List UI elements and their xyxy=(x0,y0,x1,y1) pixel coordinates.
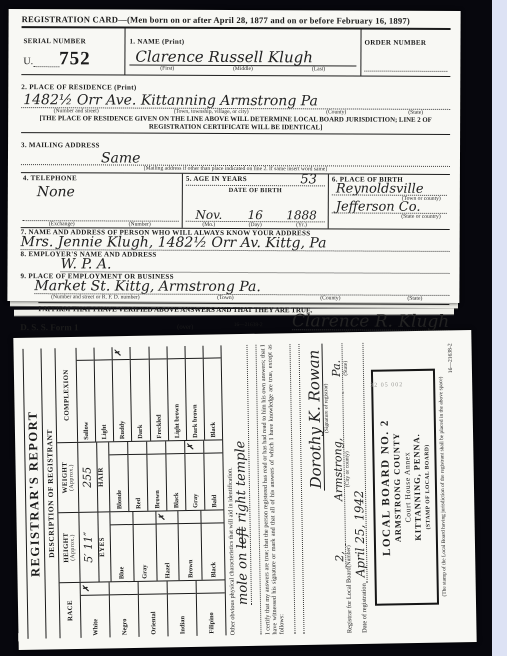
residence-row: 2. PLACE OF RESIDENCE (Print) 1482½ Orr … xyxy=(21,75,450,134)
complexion-sallow-mark xyxy=(76,348,93,361)
registrar-prefix: Registrar for Local Board xyxy=(345,567,353,633)
town-sublabel: (Town, township, village, or city) xyxy=(131,109,291,116)
complexion-sallow-label: Sallow xyxy=(82,361,90,442)
scan-margin-strip xyxy=(492,0,507,656)
date-of-registration-line: Date of registration April 25, 1942 xyxy=(351,343,368,633)
other-characteristics-struck-word: left xyxy=(235,527,250,549)
hair-bald-mark xyxy=(204,440,222,453)
complexion-row-dark: Dark xyxy=(131,347,151,441)
residence-label: 2. PLACE OF RESIDENCE (Print) xyxy=(21,83,136,92)
residence-handwriting: 1482½ Orr Ave. Kittanning Armstrong Pa xyxy=(23,94,450,109)
employment-sublabels: (Number and street or R. F. D. number) (… xyxy=(20,294,449,302)
hair-row-bald: Bald xyxy=(204,440,223,509)
town-sublabel: (Town) xyxy=(170,295,280,301)
eyes-blue-mark xyxy=(110,512,132,525)
employment-row: 9. PLACE OF EMPLOYMENT OR BUSINESS Marke… xyxy=(20,272,449,315)
race-row-negro: Negro xyxy=(110,582,140,637)
complexion-light-label: Light xyxy=(100,360,108,441)
mailing-row: 3. MAILING ADDRESS Same [Mailing address… xyxy=(21,132,450,174)
date-of-registration-label: Date of registration xyxy=(360,583,368,633)
telephone-cell: 4. TELEPHONE None (Exchange) (Number) xyxy=(21,173,183,228)
serial-prefix: U. xyxy=(23,56,33,67)
telephone-label: 4. TELEPHONE xyxy=(23,174,179,183)
serial-number-value: 752 xyxy=(59,51,91,67)
state-sublabel: (State) xyxy=(380,296,449,302)
last-sublabel: (Last) xyxy=(281,66,357,72)
eyes-row-hazel: Hazel ✗ xyxy=(156,511,180,580)
race-row-filipino: Filipino xyxy=(197,580,226,635)
description-table: RACE White ✗ Negro Oriental Indian xyxy=(55,345,226,638)
board-state-segment: Pa. (State) xyxy=(331,343,349,393)
stamp-side-digits: 32 05 002 xyxy=(370,382,403,390)
jurisdiction-note: [THE PLACE OF RESIDENCE GIVEN ON THE LIN… xyxy=(21,114,450,134)
complexion-row-light-brown: Light brown xyxy=(167,346,187,440)
birth-town-handwriting: Reynoldsville xyxy=(336,184,447,195)
complexion-column: COMPLEXION Sallow Light Ruddy ✗ Dark xyxy=(55,345,222,442)
board-city-segment: Armstrong, (City or county) xyxy=(332,393,352,545)
complexion-dark-label: Dark xyxy=(136,360,144,441)
stamp-side-digit-3: 002 xyxy=(391,382,403,388)
complexion-black-mark xyxy=(203,345,220,358)
hair-row-brown: Brown xyxy=(147,441,167,510)
eyes-row-black: Black xyxy=(202,510,225,579)
hair-brown-mark xyxy=(147,441,165,454)
eyes-gray-label: Gray xyxy=(141,525,149,581)
order-number-cell: ORDER NUMBER xyxy=(360,30,450,76)
serial-dots xyxy=(33,53,59,67)
weight-value-cell: 255 xyxy=(78,443,98,512)
eyes-row-gray: Gray xyxy=(133,512,157,581)
mailing-label: 3. MAILING ADDRESS xyxy=(21,141,100,149)
board-number-handwriting: 2, xyxy=(335,545,346,567)
number-street-rfd-sublabel: (Number and street or R. F. D. number) xyxy=(20,294,170,301)
date-of-registration-handwriting: April 25, 1942 xyxy=(351,343,367,583)
race-white-mark: ✗ xyxy=(81,582,109,595)
name-label: 1. NAME (Print) xyxy=(129,38,184,46)
complexion-row-light: Light xyxy=(95,347,115,441)
registration-card-front: REGISTRATION CARD—(Men born on or after … xyxy=(7,9,460,303)
race-column: RACE White ✗ Negro Oriental Indian xyxy=(60,579,226,638)
board-state-sublabel: (State) xyxy=(342,343,349,393)
complexion-light-brown-mark xyxy=(167,346,184,359)
eyes-black-mark xyxy=(202,510,224,523)
name-handwriting: Clarence Russell Klugh xyxy=(135,50,356,65)
order-number-blank xyxy=(364,50,447,72)
race-header: RACE xyxy=(60,583,82,638)
race-indian-label: Indian xyxy=(178,594,186,636)
eyes-blue-label: Blue xyxy=(118,525,126,581)
birth-state-handwriting: Jefferson Co. xyxy=(336,202,447,213)
dob-year: 1888 xyxy=(278,210,324,221)
other-characteristics-pre: mole on xyxy=(235,553,251,606)
race-row-indian: Indian xyxy=(168,581,198,636)
telephone-sublabels: (Exchange) (Number) xyxy=(23,220,179,228)
month-sublabel: (Mo.) xyxy=(186,222,232,228)
hair-black-label: Black xyxy=(172,454,180,510)
complexion-dark-brown-mark xyxy=(185,346,202,359)
complexion-light-mark xyxy=(95,347,112,360)
weight-approx-text: (Approx.) xyxy=(68,464,74,491)
eyes-hazel-label: Hazel xyxy=(164,524,172,580)
dob-sublabels: (Mo.) (Day) (Yr.) xyxy=(186,222,325,229)
race-row-white: White ✗ xyxy=(81,582,111,637)
age-handwriting: 53 xyxy=(300,175,317,185)
eyes-gray-mark xyxy=(133,512,155,525)
dob-month: Nov. xyxy=(186,210,232,221)
serial-number-label: SERIAL NUMBER xyxy=(23,37,85,45)
serial-number-cell: SERIAL NUMBER U. 752 xyxy=(21,28,125,74)
hair-gray-mark: ✗ xyxy=(185,441,203,454)
telephone-handwriting: None xyxy=(37,184,179,221)
complexion-freckled-mark xyxy=(149,346,166,359)
hair-gray-label: Gray xyxy=(191,454,199,510)
race-negro-label: Negro xyxy=(120,595,128,637)
hair-brown-label: Brown xyxy=(153,454,161,510)
county-sublabel: (County) xyxy=(291,109,381,115)
stamp-placement-note: (The stamp of the Local Board having jur… xyxy=(437,342,448,632)
hair-row-red: Red xyxy=(128,442,148,511)
serial-number-line: U. 752 xyxy=(23,51,121,67)
number-street-sublabel: (Number and street) xyxy=(21,108,131,114)
complexion-row-freckled: Freckled xyxy=(149,346,169,440)
year-sublabel: (Yr.) xyxy=(278,222,324,228)
hair-bald-label: Bald xyxy=(210,453,218,509)
day-sublabel: (Day) xyxy=(232,222,278,228)
eyes-hazel-mark: ✗ xyxy=(156,511,178,524)
complexion-dark-brown-label: Dark brown xyxy=(191,359,199,440)
age-cell: 5. AGE IN YEARS 53 DATE OF BIRTH Nov. 16… xyxy=(183,174,329,229)
hair-black-mark xyxy=(166,441,184,454)
board-number-segment: 2, (Number) xyxy=(335,545,352,567)
eyes-brown-mark xyxy=(179,511,201,524)
hair-blonde-label: Blonde xyxy=(115,455,123,511)
eyes-black-label: Black xyxy=(209,524,217,580)
stamp-caption: (STAMP OF LOCAL BOARD) xyxy=(423,375,433,599)
local-board-stamp: LOCAL BOARD NO. 2 ARMSTRONG COUNTY Court… xyxy=(371,369,439,606)
complexion-row-ruddy: Ruddy ✗ xyxy=(113,347,133,441)
state-sublabel: (State) xyxy=(381,110,450,116)
order-number-label: ORDER NUMBER xyxy=(364,39,426,47)
height-handwriting: 5′ 11″ xyxy=(82,532,96,563)
complexion-dark-mark xyxy=(131,347,148,360)
weight-handwriting: 255 xyxy=(81,467,94,488)
employer-row: 8. EMPLOYER'S NAME AND ADDRESS W. P. A. xyxy=(20,250,449,274)
registrant-signature-handwriting: Clarence R. Klugh xyxy=(292,314,449,330)
race-white-label: White xyxy=(91,596,99,638)
complexion-black-label: Black xyxy=(209,358,217,439)
contact-row: 7. NAME AND ADDRESS OF PERSON WHO WILL A… xyxy=(21,228,450,252)
race-oriental-label: Oriental xyxy=(149,595,157,637)
serial-name-order-row: SERIAL NUMBER U. 752 1. NAME (Print) Cla… xyxy=(21,28,450,77)
date-of-birth-handwriting: Nov. 16 1888 xyxy=(186,194,325,223)
age-line: 5. AGE IN YEARS 53 xyxy=(186,175,325,187)
complexion-ruddy-mark: ✗ xyxy=(113,347,130,360)
height-value-cell: 5′ 11″ xyxy=(79,513,99,582)
complexion-ruddy-label: Ruddy xyxy=(118,360,126,441)
birth-state-sublabel: (State or country) xyxy=(332,213,447,221)
eyes-brown-label: Brown xyxy=(186,524,194,580)
height-eyes-column: HEIGHT (Approx.) 5′ 11″ EYES Blue Gray xyxy=(58,509,224,582)
registrar-report-content: REGISTRAR'S REPORT DESCRIPTION OF REGIST… xyxy=(16,331,473,649)
hair-row-gray: Gray ✗ xyxy=(185,441,205,510)
registrar-board-line: Registrar for Local Board 2, (Number) Ar… xyxy=(331,343,353,633)
eyes-row-blue: Blue xyxy=(110,512,134,581)
telephone-age-birth-row: 4. TELEPHONE None (Exchange) (Number) 5.… xyxy=(21,172,450,230)
race-indian-mark xyxy=(168,581,196,594)
back-print-code: 16—21638-2 xyxy=(447,341,458,631)
first-sublabel: (First) xyxy=(129,66,205,72)
county-sublabel: (County) xyxy=(280,295,380,301)
dob-day: 16 xyxy=(232,210,278,221)
hair-row-black: Black xyxy=(166,441,186,510)
registrar-report-card: REGISTRAR'S REPORT DESCRIPTION OF REGIST… xyxy=(13,330,476,650)
complexion-freckled-label: Freckled xyxy=(154,359,162,440)
age-label: 5. AGE IN YEARS xyxy=(186,175,247,185)
board-number-sublabel: (Number) xyxy=(346,545,352,567)
race-negro-mark xyxy=(110,582,138,595)
height-header: HEIGHT (Approx.) xyxy=(58,513,80,582)
complexion-header: COMPLEXION xyxy=(55,348,78,442)
race-oriental-mark xyxy=(139,581,167,594)
stamp-side-digit-1: 32 xyxy=(370,383,378,389)
name-sublabels: (First) (Middle) (Last) xyxy=(129,66,356,73)
registrar-signature-handwriting: Dorothy K. Rowan xyxy=(307,344,325,491)
race-filipino-mark xyxy=(197,580,225,593)
hair-red-label: Red xyxy=(134,455,142,511)
board-city-sublabel: (City or county) xyxy=(343,393,352,545)
complexion-row-black: Black xyxy=(203,345,222,439)
race-filipino-label: Filipino xyxy=(207,594,215,636)
exchange-sublabel: (Exchange) xyxy=(23,221,101,227)
hair-red-mark xyxy=(128,442,146,455)
other-characteristics-post: right temple xyxy=(233,441,249,523)
board-state-handwriting: Pa. xyxy=(331,343,343,393)
place-of-birth-cell: 6. PLACE OF BIRTH Reynoldsville (Town or… xyxy=(329,175,450,230)
weight-hair-column: WEIGHT (Approx.) 255 HAIR Blonde Red xyxy=(57,439,223,512)
complexion-row-sallow: Sallow xyxy=(76,348,96,442)
weight-header: WEIGHT (Approx.) xyxy=(57,443,79,512)
hair-row-blonde: Blonde xyxy=(109,442,129,511)
race-row-oriental: Oriental xyxy=(139,581,169,636)
form-id: D. S. S. Form 1 xyxy=(20,322,78,332)
name-cell: 1. NAME (Print) Clarence Russell Klugh (… xyxy=(125,29,360,76)
registrar-report-region: REGISTRAR'S REPORT DESCRIPTION OF REGIST… xyxy=(16,334,474,646)
complexion-light-brown-label: Light brown xyxy=(172,359,180,440)
number-sublabel: (Number) xyxy=(101,222,179,228)
hair-blonde-mark xyxy=(109,442,127,455)
height-approx-text: (Approx.) xyxy=(69,534,75,561)
stamp-side-digit-2: 05 xyxy=(380,382,388,388)
complexion-row-dark-brown: Dark brown xyxy=(185,346,205,440)
middle-sublabel: (Middle) xyxy=(205,66,281,72)
eyes-row-brown: Brown xyxy=(179,511,203,580)
